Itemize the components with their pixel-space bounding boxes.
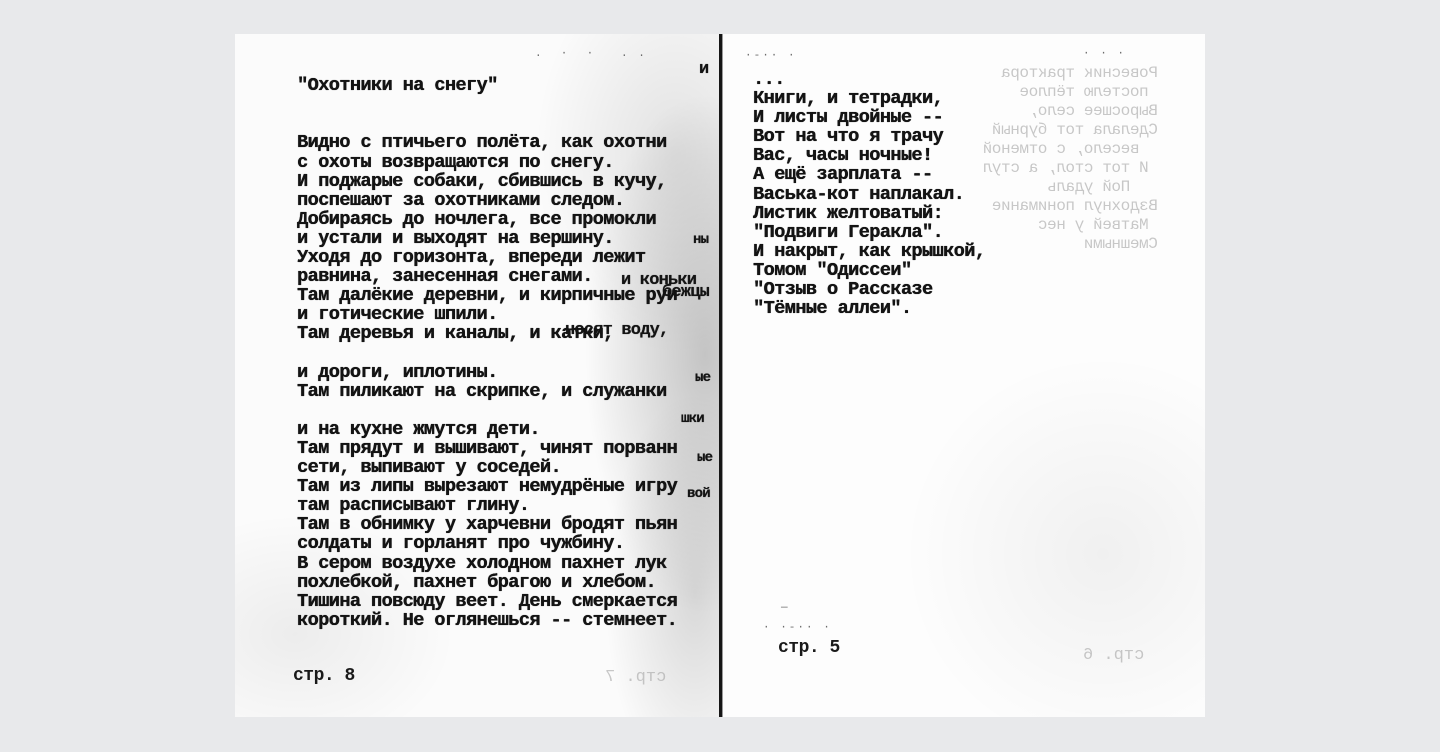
page-number-right: стр. 5 <box>778 638 840 658</box>
typed-line: Там из липы вырезают немудрёные игру <box>297 477 677 496</box>
typed-line: В сером воздухе холодном пахнет лук <box>297 554 677 573</box>
typed-line: и устали и выходят на вершину. <box>297 229 677 248</box>
left-page: "Охотники на снегу" Видно с птичьего пол… <box>235 34 721 717</box>
typed-line: и на кухне жмутся дети. <box>297 420 677 439</box>
typed-line: Там пиликают на скрипке, и служанки <box>297 382 677 401</box>
overstrike-fragment: ые <box>697 450 712 466</box>
bleed-through-page-number: стр. 6 <box>1083 646 1144 665</box>
typed-line: Вот на что я трачу <box>753 127 985 146</box>
typed-line: поспешают за охотниками следом. <box>297 191 677 210</box>
typed-line: ... <box>753 70 985 89</box>
typed-line: И листы двойные -- <box>753 108 985 127</box>
overstrike-fragment: вой <box>687 486 710 502</box>
overstrike-fragment: ны <box>693 232 708 248</box>
overstrike-fragment: носят воду, <box>565 321 668 340</box>
typed-line <box>297 344 677 363</box>
overstrike-fragment: ые <box>695 370 710 386</box>
typed-line: солдаты и горланят про чужбину. <box>297 534 677 553</box>
ink-specks: . · · . . <box>535 48 647 60</box>
ink-specks: · · · <box>1083 48 1126 60</box>
typed-line: "Отзыв о Рассказе <box>753 280 985 299</box>
ink-specks: — <box>781 602 790 614</box>
typed-line: И поджарые собаки, сбившись в кучу, <box>297 172 677 191</box>
typed-line: И накрыт, как крышкой, <box>753 242 985 261</box>
typed-line: Уходя до горизонта, впереди лежит <box>297 248 677 267</box>
ink-specks: · ·-·· · <box>763 622 832 634</box>
typed-line: Там в обнимку у харчевни бродят пьян <box>297 515 677 534</box>
typed-line: Томом "Одиссеи" <box>753 261 985 280</box>
typed-line: Добираясь до ночлега, все промокли <box>297 210 677 229</box>
typed-line: "Тёмные аллеи". <box>753 299 985 318</box>
scanned-spread: "Охотники на снегу" Видно с птичьего пол… <box>235 34 1205 717</box>
typed-line: Там прядут и вышивают, чинят порванн <box>297 439 677 458</box>
typed-line: Васька-кот наплакал. <box>753 185 985 204</box>
overstrike-fragment: бежцы <box>662 283 709 302</box>
poem-title: "Охотники на снегу" <box>297 76 677 95</box>
typed-line: Видно с птичьего полёта, как охотни <box>297 133 677 152</box>
typed-line <box>297 401 677 420</box>
typed-line: Тишина повсюду веет. День смеркается <box>297 592 677 611</box>
typed-line: короткий. Не оглянешься -- стемнеет. <box>297 611 677 630</box>
typed-line: и дороги, иплотины. <box>297 363 677 382</box>
typed-line: А ещё зарплата -- <box>753 165 985 184</box>
typed-line: Вас, часы ночные! <box>753 146 985 165</box>
bleed-through-page-number: стр. 7 <box>605 668 666 687</box>
typed-line: похлебкой, пахнет брагою и хлебом. <box>297 573 677 592</box>
bleed-through-text: Ровесник трактора постелю тёплое Выросше… <box>983 64 1158 254</box>
overstrike-fragment: шки <box>681 411 704 427</box>
overstrike-fragment: и <box>699 60 708 79</box>
ink-specks: ·-·· · <box>745 50 797 62</box>
typed-line: Листик желтоватый: <box>753 204 985 223</box>
typed-line: там расписывают глину. <box>297 496 677 515</box>
page-number-left: стр. 8 <box>293 666 355 686</box>
typed-line: сети, выпивают у соседей. <box>297 458 677 477</box>
right-page: Ровесник трактора постелю тёплое Выросше… <box>723 34 1205 717</box>
typed-line: Книги, и тетрадки, <box>753 89 985 108</box>
right-page-text: ...Книги, и тетрадки,И листы двойные --В… <box>753 70 985 318</box>
typed-line: с охоты возвращаются по снегу. <box>297 153 677 172</box>
typed-line: "Подвиги Геракла". <box>753 223 985 242</box>
